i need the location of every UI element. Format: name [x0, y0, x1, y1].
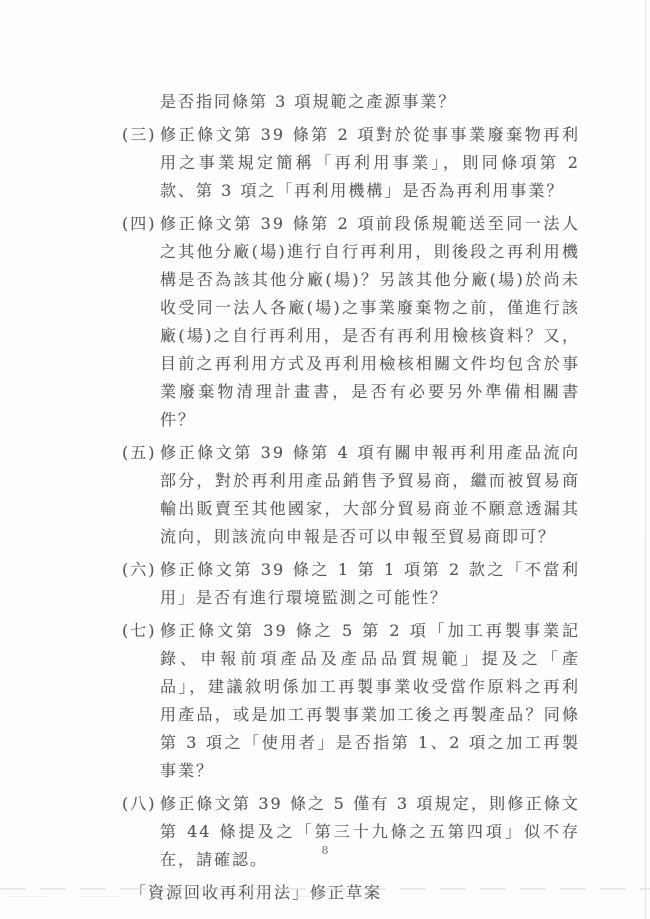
paragraph-text: 修正條文第 39 條之 5 僅有 3 項規定，則修正條文第 44 條提及之「第三… [160, 790, 580, 874]
scan-artifact-dashes [8, 896, 328, 897]
paragraph-text: 修正條文第 39 條第 2 項對於從事事業廢棄物再利用之事業規定簡稱「再利用事業… [160, 121, 580, 205]
paragraph-label: (五) [122, 439, 160, 551]
paragraph-label: (三) [122, 121, 160, 205]
paragraph-text: 修正條文第 39 條之 1 第 1 項第 2 款之「不當利用」是否有進行環境監測… [160, 556, 580, 612]
document-title-line: 「資源回收再利用法」修正草案 [130, 879, 580, 907]
paragraph: (四) 修正條文第 39 條第 2 項前段係規範送至同一法人之其他分廠(場)進行… [122, 210, 580, 434]
scan-edge-line [645, 0, 646, 919]
paragraph-label: (七) [122, 617, 160, 785]
paragraph-list: (三) 修正條文第 39 條第 2 項對於從事事業廢棄物再利用之事業規定簡稱「再… [122, 121, 580, 874]
scanned-page: 是否指同條第 3 項規範之產源事業？ (三) 修正條文第 39 條第 2 項對於… [0, 0, 650, 919]
scan-artifact-dashes [0, 888, 650, 890]
paragraph: (三) 修正條文第 39 條第 2 項對於從事事業廢棄物再利用之事業規定簡稱「再… [122, 121, 580, 205]
paragraph-label: (四) [122, 210, 160, 434]
paragraph: (五) 修正條文第 39 條第 4 項有關申報再利用產品流向部分，對於再利用產品… [122, 439, 580, 551]
paragraph-text: 修正條文第 39 條第 4 項有關申報再利用產品流向部分，對於再利用產品銷售予貿… [160, 439, 580, 551]
paragraph-label: (八) [122, 790, 160, 874]
intro-continuation-line: 是否指同條第 3 項規範之產源事業？ [122, 88, 580, 116]
paragraph: (六) 修正條文第 39 條之 1 第 1 項第 2 款之「不當利用」是否有進行… [122, 556, 580, 612]
paragraph-label: (六) [122, 556, 160, 612]
paragraph-text: 修正條文第 39 條之 5 第 2 項「加工再製事業記錄、申報前項產品及產品品質… [160, 617, 580, 785]
paragraph: (七) 修正條文第 39 條之 5 第 2 項「加工再製事業記錄、申報前項產品及… [122, 617, 580, 785]
paragraph: (八) 修正條文第 39 條之 5 僅有 3 項規定，則修正條文第 44 條提及… [122, 790, 580, 874]
page-number: 8 [0, 844, 650, 857]
paragraph-text: 修正條文第 39 條第 2 項前段係規範送至同一法人之其他分廠(場)進行自行再利… [160, 210, 580, 434]
document-body: 是否指同條第 3 項規範之產源事業？ (三) 修正條文第 39 條第 2 項對於… [122, 88, 580, 907]
